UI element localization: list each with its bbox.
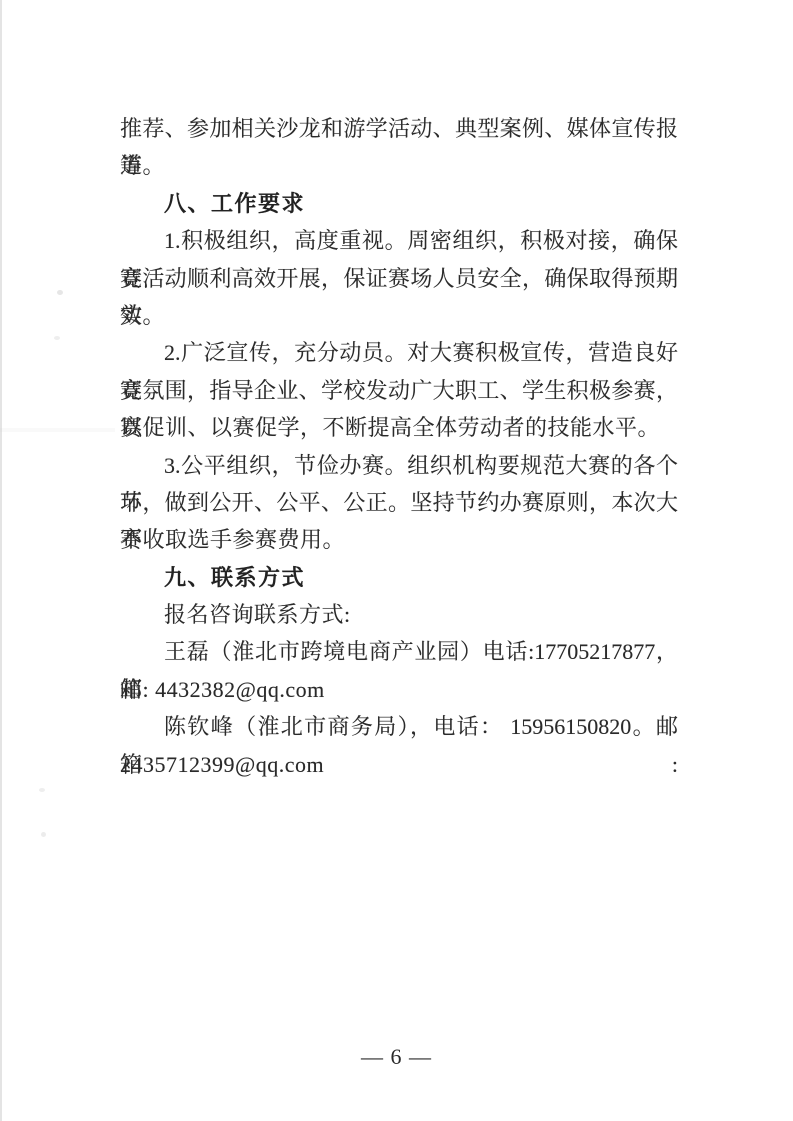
scan-speck <box>41 832 46 837</box>
contact-email: 箱: 4432382@qq.com <box>120 671 678 708</box>
document-page: 推荐、参加相关沙龙和游学活动、典型案例、媒体宣传报道 等。 八、工作要求 1.积… <box>0 0 793 1121</box>
body-line: 赛活动顺利高效开展，保证赛场人员安全，确保取得预期实 <box>120 260 678 297</box>
scan-speck <box>39 788 45 792</box>
body-line: 赛氛围，指导企业、学校发动广大职工、学生积极参赛，以 <box>120 372 678 409</box>
body-line: 报名咨询联系方式: <box>120 596 678 633</box>
body-line: 2.广泛宣传，充分动员。对大赛积极宣传，营造良好竞 <box>120 334 678 371</box>
body-line: 1.积极组织，高度重视。周密组织，积极对接，确保竞 <box>120 222 678 259</box>
body-line: 等。 <box>120 147 678 184</box>
body-line: 推荐、参加相关沙龙和游学活动、典型案例、媒体宣传报道 <box>120 110 678 147</box>
section-heading-9: 九、联系方式 <box>120 559 678 596</box>
body-line: 效。 <box>120 297 678 334</box>
scan-streak <box>0 428 115 432</box>
page-number: — 6 — <box>0 1044 793 1070</box>
document-body: 推荐、参加相关沙龙和游学活动、典型案例、媒体宣传报道 等。 八、工作要求 1.积… <box>120 110 678 783</box>
body-line: 赛促训、以赛促学，不断提高全体劳动者的技能水平。 <box>120 409 678 446</box>
scan-edge <box>0 0 2 1121</box>
body-line: 不收取选手参赛费用。 <box>120 521 678 558</box>
body-line: 3.公平组织，节俭办赛。组织机构要规范大赛的各个环 <box>120 447 678 484</box>
body-line: 节，做到公开、公平、公正。坚持节约办赛原则，本次大赛 <box>120 484 678 521</box>
scan-speck <box>57 290 63 295</box>
scan-speck <box>54 336 60 340</box>
contact-line: 陈钦峰（淮北市商务局），电话： 15956150820。邮箱: <box>120 708 678 745</box>
contact-line: 王磊（淮北市跨境电商产业园）电话:17705217877，邮 <box>120 633 678 670</box>
section-heading-8: 八、工作要求 <box>120 185 678 222</box>
